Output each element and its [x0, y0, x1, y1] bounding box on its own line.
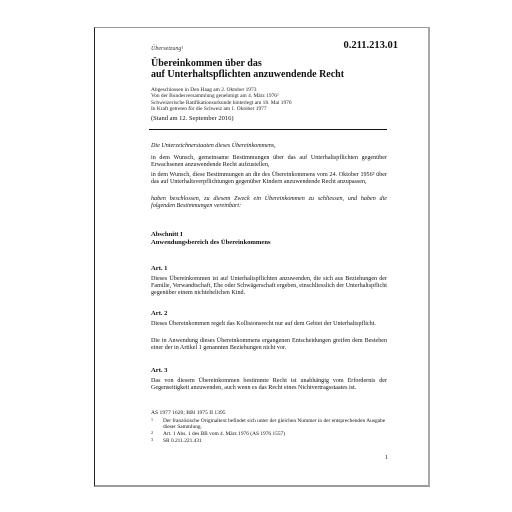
preamble-paragraph-3: haben beschlossen, zu diesem Zweck ein Ü… [151, 196, 387, 210]
footnote-2-number: 2 [151, 430, 153, 436]
meta-in-force: In Kraft getreten für die Schweiz am 1. … [151, 106, 292, 112]
article-3-text: Das von diesem Übereinkommen bestimmte R… [151, 378, 387, 392]
preamble-paragraph-1: in dem Wunsch, gemeinsame Bestimmungen ü… [151, 155, 387, 169]
article-2-text-2: Die in Anwendung dieses Übereinkommens e… [151, 338, 387, 352]
article-1-text: Dieses Übereinkommen ist auf Unterhaltsp… [151, 276, 387, 297]
preamble-intro: Die Unterzeichnerstaaten dieses Übereink… [151, 143, 387, 150]
article-1-label: Art. 1 [151, 265, 167, 272]
footnote-2: 2 Art. 1 Abs. 1 des BB vom 4. März 1976 … [151, 431, 387, 437]
preamble-paragraph-2: in dem Wunsch, diese Bestimmungen an die… [151, 172, 387, 186]
footnote-3: 3 SR 0.211.221.431 [151, 438, 387, 444]
article-3-label: Art. 3 [151, 367, 167, 374]
meta-ratification: Schweizerische Ratifikationsurkunde hint… [151, 100, 292, 106]
document-title: Übereinkommen über das auf Unterhaltspfl… [151, 58, 344, 80]
document-metadata: Abgeschlossen in Den Haag am 2. Oktober … [151, 87, 292, 112]
article-2-text-1: Dieses Übereinkommen regelt das Kollisio… [151, 321, 387, 328]
footnote-1: 1 Der französische Originaltext befindet… [151, 418, 387, 430]
page-number: 1 [385, 455, 388, 461]
footnote-source: AS 1977 1620; BBl 1975 II 1395 [151, 410, 226, 416]
title-line-1: Übereinkommen über das [151, 58, 344, 69]
translation-note: Übersetzung¹ [151, 46, 183, 52]
footnote-1-number: 1 [151, 417, 153, 423]
footnote-2-text: Art. 1 Abs. 1 des BB vom 4. März 1976 (A… [163, 431, 387, 437]
divider [149, 129, 387, 130]
status-date: (Stand am 12. September 2016) [151, 115, 234, 122]
section-label: Abschnitt I [151, 231, 271, 239]
sr-number: 0.211.213.01 [343, 40, 398, 51]
footnote-3-number: 3 [151, 437, 153, 443]
footnote-3-text: SR 0.211.221.431 [163, 438, 387, 444]
meta-approved: Von der Bundesversammlung genehmigt am 4… [151, 93, 292, 99]
footnote-1-text: Der französische Originaltext befindet s… [163, 418, 387, 430]
document-page: Übersetzung¹ 0.211.213.01 Übereinkommen … [94, 27, 430, 487]
article-2-label: Art. 2 [151, 310, 167, 317]
section-heading: Abschnitt I Anwendungsbereich des Überei… [151, 231, 271, 247]
title-line-2: auf Unterhaltspflichten anzuwendende Rec… [151, 69, 344, 80]
section-title: Anwendungsbereich des Übereinkommens [151, 239, 271, 247]
